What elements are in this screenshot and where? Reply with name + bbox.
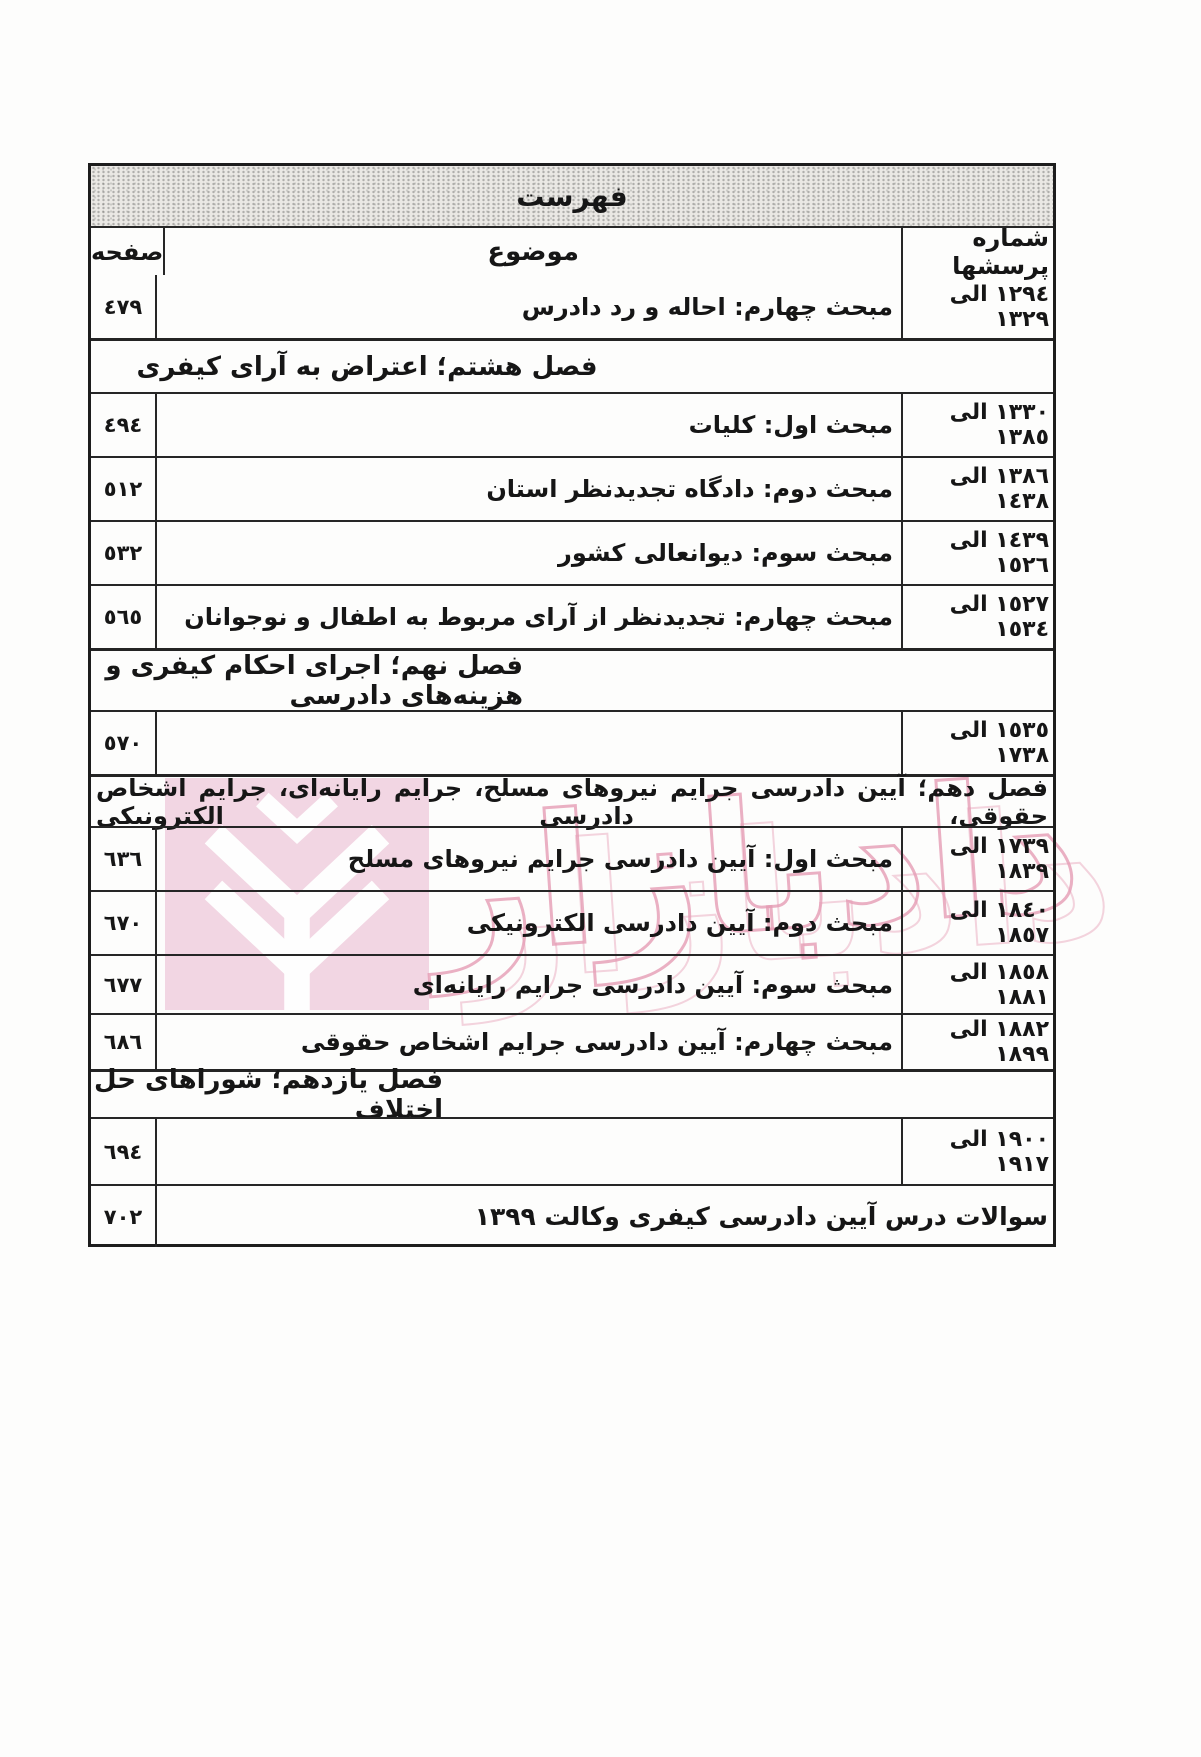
toc-title-row: فهرست	[91, 166, 1053, 226]
question-number-range: ١٧٣٩ الی ١٨٣٩	[901, 828, 1053, 890]
chapter-title: فصل هشتم؛ اعتراض به آرای کیفری	[137, 352, 598, 382]
toc-row-chapter: فصل نهم؛ اجرای احکام کیفری و هزینه‌های د…	[91, 648, 1053, 710]
column-header-question-numbers: شماره پرسشها	[901, 228, 1053, 275]
page-number: ٤٧٩	[91, 275, 155, 338]
question-number-range: ١٨٤٠ الی ١٨٥٧	[901, 892, 1053, 954]
toc-row-entry: ١٩٠٠ الی ١٩١٧٦٩٤	[91, 1117, 1053, 1184]
subject-text: مبحث چهارم: آیین دادرسی جرایم اشخاص حقوق…	[155, 1015, 901, 1069]
subject-text: مبحث سوم: دیوانعالی کشور	[155, 522, 901, 584]
question-number-range: ١٥٣٥ الی ١٧٣٨	[901, 712, 1053, 774]
chapter-cell: فصل هشتم؛ اعتراض به آرای کیفری	[91, 341, 1053, 392]
chapter-cell: فصل نهم؛ اجرای احکام کیفری و هزینه‌های د…	[91, 651, 1053, 710]
question-number-range: ١٣٣٠ الی ١٣٨٥	[901, 394, 1053, 456]
toc-row-chapter: فصل یازدهم؛ شوراهای حل اختلاف	[91, 1069, 1053, 1117]
toc-header-row: شماره پرسشها موضوع صفحه	[91, 226, 1053, 275]
question-number-range: ١٨٥٨ الی ١٨٨١	[901, 956, 1053, 1013]
column-header-page: صفحه	[91, 228, 163, 275]
toc-table: فهرست شماره پرسشها موضوع صفحه ١٢٩٤ الی ١…	[88, 163, 1056, 1247]
question-number-range: ١٢٩٤ الی ١٣٢٩	[901, 275, 1053, 338]
subject-text: مبحث اول: کلیات	[155, 394, 901, 456]
page-number: ٦٣٦	[91, 828, 155, 890]
subject-text: مبحث چهارم: احاله و رد دادرس	[155, 275, 901, 338]
page-number: ٦٧٧	[91, 956, 155, 1013]
toc-row-entry: ١٨٤٠ الی ١٨٥٧مبحث دوم: آیین دادرسی الکتر…	[91, 890, 1053, 954]
subject-text: مبحث چهارم: تجدیدنظر از آرای مربوط به اط…	[155, 586, 901, 648]
column-header-subject: موضوع	[163, 228, 901, 275]
question-number-range: ١٥٢٧ الی ١٥٣٤	[901, 586, 1053, 648]
chapter-title: فصل دهم؛ آیین دادرسی جرایم نیروهای مسلح،…	[96, 774, 1048, 830]
toc-row-entry: ١٧٣٩ الی ١٨٣٩مبحث اول: آیین دادرسی جرایم…	[91, 826, 1053, 890]
subject-text: مبحث سوم: آیین دادرسی جرایم رایانه‌ای	[155, 956, 901, 1013]
toc-row-entry: ١٣٣٠ الی ١٣٨٥مبحث اول: کلیات٤٩٤	[91, 392, 1053, 456]
toc-row-chapter: فصل هشتم؛ اعتراض به آرای کیفری	[91, 338, 1053, 392]
question-number-range: ١٨٨٢ الی ١٨٩٩	[901, 1015, 1053, 1069]
subject-text	[155, 1119, 901, 1184]
page-number: ٧٠٢	[91, 1186, 155, 1247]
chapter-title: فصل نهم؛ اجرای احکام کیفری و هزینه‌های د…	[91, 651, 523, 711]
page-number: ٥٧٠	[91, 712, 155, 774]
page-number: ٥٣٢	[91, 522, 155, 584]
toc-row-entry: ١٨٨٢ الی ١٨٩٩مبحث چهارم: آیین دادرسی جرا…	[91, 1013, 1053, 1069]
toc-row-entry: ١٢٩٤ الی ١٣٢٩مبحث چهارم: احاله و رد دادر…	[91, 275, 1053, 338]
chapter-title: فصل یازدهم؛ شوراهای حل اختلاف	[91, 1065, 443, 1125]
subject-text	[155, 712, 901, 774]
toc-row-entry: ١٥٢٧ الی ١٥٣٤مبحث چهارم: تجدیدنظر از آرا…	[91, 584, 1053, 648]
page-number: ٤٩٤	[91, 394, 155, 456]
subject-text: مبحث دوم: آیین دادرسی الکترونیکی	[155, 892, 901, 954]
chapter-cell: فصل دهم؛ آیین دادرسی جرایم نیروهای مسلح،…	[91, 777, 1053, 826]
page-number: ٥٦٥	[91, 586, 155, 648]
question-number-range: ١٣٨٦ الی ١٤٣٨	[901, 458, 1053, 520]
page-number: ٦٩٤	[91, 1119, 155, 1184]
subject-text: سوالات درس آیین دادرسی کیفری وکالت ١٣٩٩	[155, 1186, 1053, 1247]
toc-row-entry: ١٥٣٥ الی ١٧٣٨٥٧٠	[91, 710, 1053, 774]
page-number: ٦٧٠	[91, 892, 155, 954]
page-number: ٥١٢	[91, 458, 155, 520]
toc-row-entry: ١٣٨٦ الی ١٤٣٨مبحث دوم: دادگاه تجدیدنظر ا…	[91, 456, 1053, 520]
page-number: ٦٨٦	[91, 1015, 155, 1069]
scanned-toc-page: دادبازار دادبازار فهرست شماره پرسشها موض…	[0, 0, 1201, 1757]
subject-text: مبحث اول: آیین دادرسی جرایم نیروهای مسلح	[155, 828, 901, 890]
toc-row-chapter-full-width: فصل دهم؛ آیین دادرسی جرایم نیروهای مسلح،…	[91, 774, 1053, 826]
question-number-range: ١٤٣٩ الی ١٥٢٦	[901, 522, 1053, 584]
page-title: فهرست	[516, 180, 627, 213]
question-number-range: ١٩٠٠ الی ١٩١٧	[901, 1119, 1053, 1184]
chapter-cell: فصل یازدهم؛ شوراهای حل اختلاف	[91, 1072, 1053, 1117]
toc-row-entry-merged: سوالات درس آیین دادرسی کیفری وکالت ١٣٩٩٧…	[91, 1184, 1053, 1247]
toc-row-entry: ١٤٣٩ الی ١٥٢٦مبحث سوم: دیوانعالی کشور٥٣٢	[91, 520, 1053, 584]
subject-text: مبحث دوم: دادگاه تجدیدنظر استان	[155, 458, 901, 520]
toc-row-entry: ١٨٥٨ الی ١٨٨١مبحث سوم: آیین دادرسی جرایم…	[91, 954, 1053, 1013]
